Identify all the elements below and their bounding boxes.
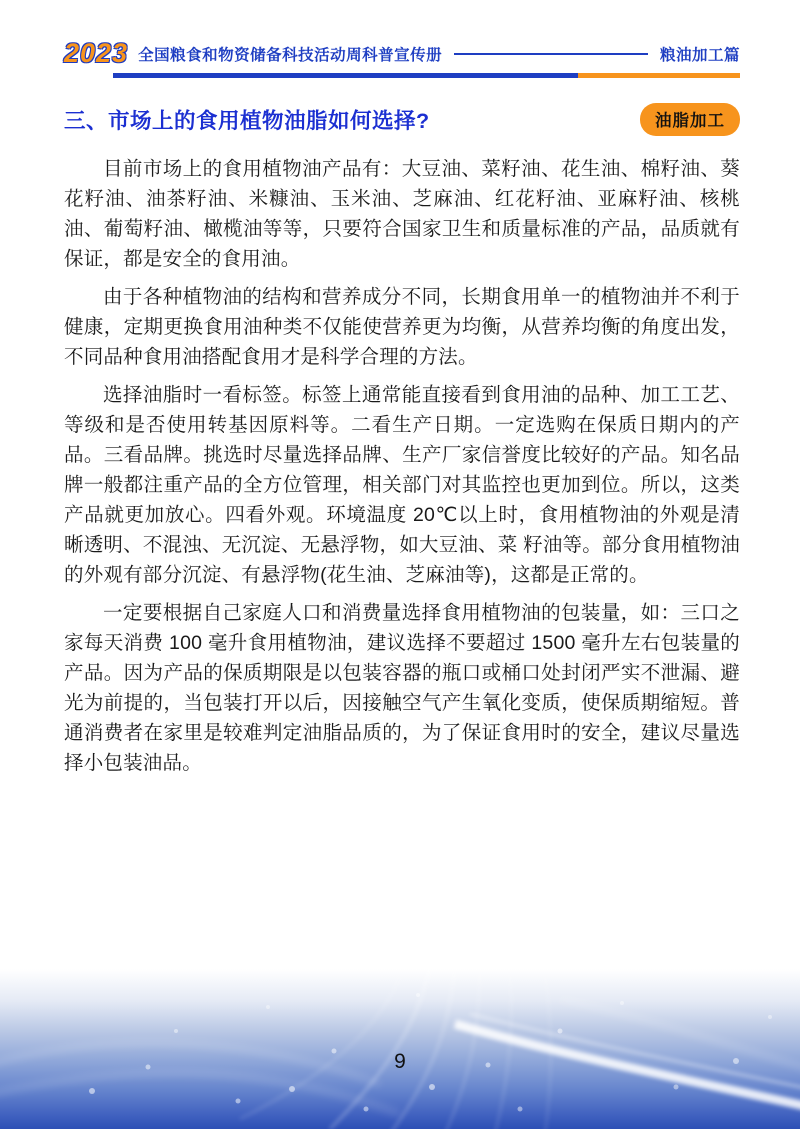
header-underline-orange [578, 73, 740, 78]
body-paragraph: 由于各种植物油的结构和营养成分不同，长期食用单一的植物油并不利于健康，定期更换食… [64, 282, 740, 372]
article-title: 三、市场上的食用植物油脂如何选择? [64, 104, 430, 135]
footer-wave-graphic [0, 969, 800, 1129]
article-body: 目前市场上的食用植物油产品有：大豆油、菜籽油、花生油、棉籽油、葵花籽油、油茶籽油… [64, 154, 740, 778]
document-page: 2023 全国粮食和物资储备科技活动周科普宣传册 粮油加工篇 三、市场上的食用植… [0, 0, 800, 1129]
header-underline-bar [113, 73, 740, 78]
body-paragraph: 选择油脂时一看标签。标签上通常能直接看到食用油的品种、加工工艺、等级和是否使用转… [64, 380, 740, 590]
article: 三、市场上的食用植物油脂如何选择? 油脂加工 目前市场上的食用植物油产品有：大豆… [64, 103, 740, 786]
header-rule-line [454, 53, 648, 55]
wave-decoration [0, 969, 800, 1129]
section-name: 粮油加工篇 [660, 43, 740, 65]
booklet-title: 全国粮食和物资储备科技活动周科普宣传册 [138, 43, 442, 65]
page-header: 2023 全国粮食和物资储备科技活动周科普宣传册 粮油加工篇 [64, 40, 740, 78]
topic-badge: 油脂加工 [640, 103, 740, 136]
year-logo: 2023 [64, 40, 138, 67]
body-paragraph: 一定要根据自己家庭人口和消费量选择食用植物油的包装量，如：三口之家每天消费 10… [64, 598, 740, 778]
page-number: 9 [0, 1050, 800, 1074]
header-underline-blue [113, 73, 578, 78]
body-paragraph: 目前市场上的食用植物油产品有：大豆油、菜籽油、花生油、棉籽油、葵花籽油、油茶籽油… [64, 154, 740, 274]
